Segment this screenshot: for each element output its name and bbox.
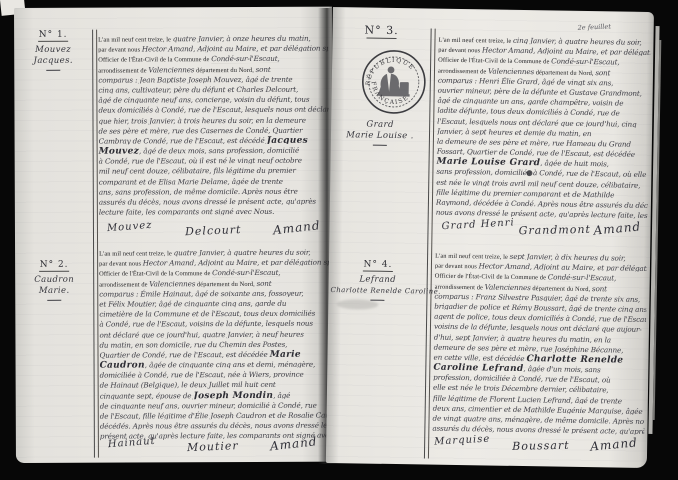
text-segment: Valenciennes (149, 279, 195, 288)
text-segment: Mouvez (99, 147, 139, 155)
text-segment: arrondissement de (98, 67, 148, 73)
register-left-page: N° 1. Mouvez Jacques. L'an mil neuf cent… (14, 7, 334, 463)
text-segment: Condé-sur-l'Escaut, (211, 54, 279, 63)
text-segment: cinquante sept, épouse de (100, 391, 194, 400)
signature: Amand (270, 434, 319, 453)
signature: Marquise (434, 434, 491, 448)
act-1-signatures: MouvezDelcourtAmand (107, 221, 321, 246)
entry-margin-name: Marie. (19, 286, 89, 297)
margin-rule (363, 271, 393, 272)
text-segment: assurés du décès, nous avons dressé le p… (432, 424, 644, 436)
margin-rule (38, 41, 68, 42)
entry-margin-name: Jacques. (18, 56, 88, 67)
entry-number: N° 3. (339, 23, 425, 37)
act-line: assurés du décès, nous avons dressé le p… (432, 422, 644, 436)
act-line: que hier, trois Janvier, à trois heures … (98, 113, 328, 124)
margin-dash (46, 70, 60, 71)
act-line: ont déclaré que ce jourd'hui, quatre Jan… (99, 327, 329, 338)
signature: Grandmont (518, 223, 591, 237)
margin-dash (373, 145, 387, 146)
entry-margin-name: Caudron (19, 275, 89, 286)
signature: Mouvez (107, 220, 153, 234)
entry-4-margin: N° 4. Lefrand Charlotte Renelde Caroline… (330, 259, 425, 301)
act-line: par devant nous Hector Amand, Adjoint au… (99, 256, 329, 267)
act-line: assurés du décès, nous avons dressé le p… (99, 195, 329, 206)
signature: Amand (273, 218, 322, 237)
entry-2-margin: N° 2. Caudron Marie. (19, 260, 89, 301)
act-line: lecture faite, les comparants ont signé … (99, 205, 329, 216)
act-4-signatures: MarquiseBoussartAmand (434, 435, 638, 460)
entry-1-margin: N° 1. Mouvez Jacques. (18, 30, 88, 71)
stamp-emblem (378, 66, 410, 96)
signature: Amand (590, 435, 639, 453)
text-segment: Caudron (100, 360, 145, 368)
text-segment: Valenciennes (148, 65, 194, 74)
margin-dash (47, 300, 61, 301)
text-segment: de Hainaut (Belgique), le deux Juillet m… (100, 380, 276, 389)
act-line: deux domiciliés à Condé, rue de l'Escaut… (98, 103, 328, 114)
signature: Amand (593, 219, 642, 237)
act-line: à Condé, rue de l'Escaut, voisins de la … (99, 317, 329, 328)
folio-note: 2e feuillet (578, 23, 611, 32)
act-2-signatures: HainautMoutierAmand (108, 437, 318, 460)
act-line: comparus : Émile Hainaut, âgé de soixant… (99, 286, 329, 297)
act-line: nous avons dressé le présent acte, qu'ap… (436, 206, 648, 220)
signature: Moutier (187, 439, 239, 454)
entry-3-margin-name: Grard Marie Louise . (333, 119, 427, 146)
signature: Grard Henri (441, 217, 515, 232)
entry-margin-name: Marie Louise . (333, 130, 427, 142)
act-line: par devant nous Hector Amand, Adjoint au… (98, 42, 328, 53)
margin-rule (39, 271, 69, 272)
act-4-body: L'an mil neuf cent treize, le sept Janvi… (432, 249, 647, 438)
text-segment: lecture faite, les comparants ont signé … (99, 207, 274, 216)
act-3-signatures: Grard HenriGrandmontAmand (441, 219, 641, 244)
act-line: mil neuf cent douze, célibataire, fils l… (99, 164, 329, 175)
text-segment: à Condé, rue de l'Escaut, voisins de la … (99, 319, 313, 328)
entry-number: N° 1. (18, 30, 88, 40)
register-right-page: 2e feuillet N° 3. RÉPUBLIQUE FRANÇAISE G… (326, 7, 654, 468)
margin-dash (370, 300, 384, 301)
act-2-body: L'an mil neuf cent treize, le quatre Jan… (99, 246, 330, 442)
text-segment: deux domiciliés à Condé, rue de l'Escaut… (98, 105, 328, 114)
entry-number: N° 2. (19, 260, 89, 270)
official-stamp: RÉPUBLIQUE FRANÇAISE (359, 47, 428, 116)
text-segment: Officier de l'État-Civil de la Commune d… (98, 57, 211, 64)
text-segment: nous avons dressé le présent acte, qu'ap… (436, 208, 648, 220)
text-segment: arrondissement de (99, 281, 149, 287)
entry-margin-name: Charlotte Renelde Caroline. (330, 285, 424, 297)
signature: Hainaut (108, 436, 156, 451)
margin-smudge (336, 299, 378, 310)
ink-blot (526, 170, 532, 176)
text-segment: Officier de l'État-Civil de la Commune d… (99, 271, 212, 278)
act-line: domiciliée à Condé, rue de l'Escaut, née… (100, 368, 330, 379)
signature: Boussart (512, 439, 570, 453)
signature: Delcourt (185, 223, 242, 238)
entry-margin-name: Mouvez (18, 45, 88, 56)
text-segment: Condé-sur-l'Escaut, (212, 268, 280, 277)
act-3-body: L'an mil neuf cent treize, le cinq Janvi… (436, 33, 651, 222)
entry-3-margin: N° 3. (338, 23, 424, 42)
margin-rule (367, 38, 397, 39)
act-1-body: L'an mil neuf cent treize, le quatre Jan… (98, 32, 329, 219)
entry-number: N° 4. (331, 259, 425, 270)
